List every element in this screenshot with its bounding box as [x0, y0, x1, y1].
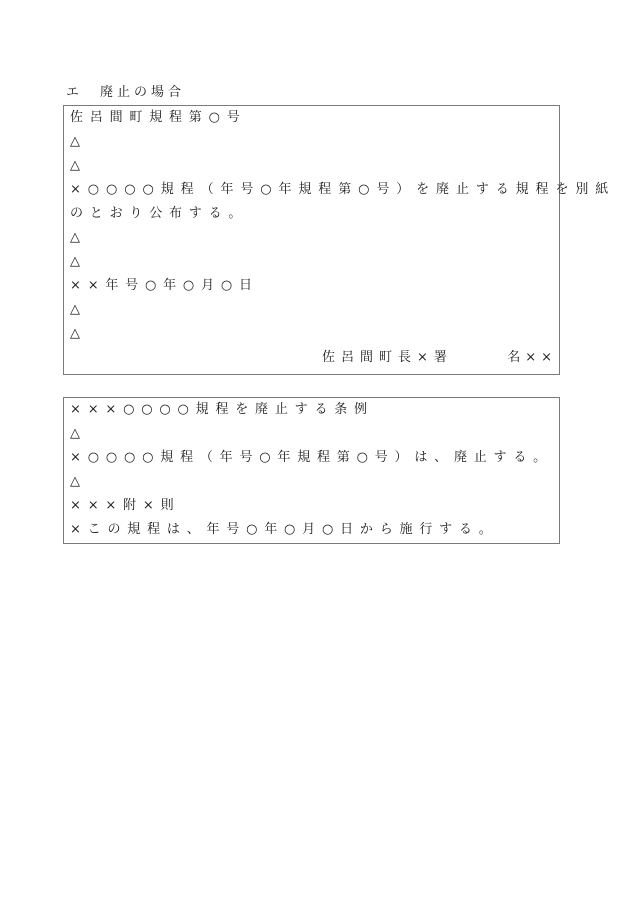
- blank-marker-line: △: [70, 322, 555, 346]
- blank-marker-line: △: [70, 130, 555, 154]
- ordinance-box: ×××○○○○規程を廃止する条例 △ ×○○○○規程（年号○年規程第○号）は、廃…: [63, 397, 560, 544]
- regulation-number-line: 佐呂間町規程第○号: [70, 106, 555, 130]
- promulgation-box: 佐呂間町規程第○号 △ △ ×○○○○規程（年号○年規程第○号）を廃止する規程を…: [63, 105, 560, 375]
- effective-date-line: ×この規程は、年号○年○月○日から施行する。: [70, 518, 555, 542]
- blank-marker-line: △: [70, 470, 555, 494]
- blank-marker-line: △: [70, 298, 555, 322]
- blank-marker-line: △: [70, 422, 555, 446]
- signature-name: 名××: [507, 346, 557, 370]
- blank-marker-line: △: [70, 226, 555, 250]
- date-line: ××年号○年○月○日: [70, 274, 555, 298]
- ordinance-title-line: ×××○○○○規程を廃止する条例: [70, 398, 555, 422]
- repeal-text-line: ×○○○○規程（年号○年規程第○号）は、廃止する。: [70, 446, 555, 470]
- promulgation-text-line-2: のとおり公布する。: [70, 202, 555, 226]
- section-heading: エ 廃止の場合: [66, 84, 185, 102]
- blank-marker-line: △: [70, 154, 555, 178]
- supplementary-provisions-heading: ×××附×則: [70, 494, 555, 518]
- signature-title: 佐呂間町長×署: [322, 346, 453, 370]
- promulgation-text-line-1: ×○○○○規程（年号○年規程第○号）を廃止する規程を別紙: [70, 178, 555, 202]
- blank-marker-line: △: [70, 250, 555, 274]
